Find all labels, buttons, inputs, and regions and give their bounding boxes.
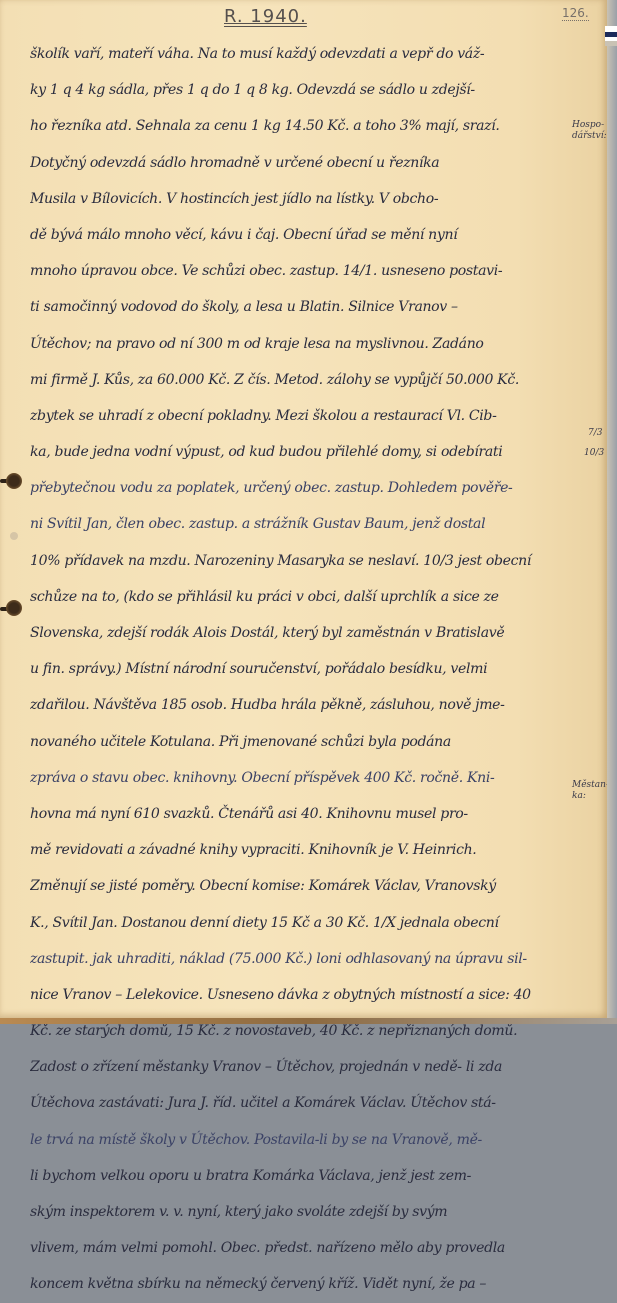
text-line: ka, bude jedna vodní výpust, od kud budo… — [30, 434, 570, 470]
text-line: K., Svítil Jan. Dostanou denní diety 15 … — [30, 905, 570, 941]
paper-stain — [10, 532, 18, 540]
text-line: Útěchov; na pravo od ní 300 m od kraje l… — [30, 326, 570, 362]
binding-hole-upper — [6, 473, 22, 489]
text-line: nice Vranov – Lelekovice. Usneseno dávka… — [30, 977, 570, 1013]
margin-note-mestanka: Městan- ka: — [572, 780, 604, 802]
margin-note-hospodarstvi: Hospo- dářství: — [572, 120, 608, 142]
tab-marker — [605, 26, 617, 46]
text-line: zastupit. jak uhraditi, náklad (75.000 K… — [30, 941, 570, 977]
text-line: ni Svítil Jan, člen obec. zastup. a strá… — [30, 506, 570, 542]
text-line: dě bývá málo mnoho věcí, kávu i čaj. Obe… — [30, 217, 570, 253]
page-edge — [607, 0, 617, 1024]
text-line: zbytek se uhradí z obecní pokladny. Mezi… — [30, 398, 570, 434]
margin-note-date-10-3: 10/3 — [584, 448, 604, 459]
text-line: mě revidovati a závadné knihy vypraciti.… — [30, 832, 570, 868]
year-heading: R. 1940. — [224, 6, 307, 27]
text-line: hovna má nyní 610 svazků. Čtenářů asi 40… — [30, 796, 570, 832]
text-line: ky 1 q 4 kg sádla, přes 1 q do 1 q 8 kg.… — [30, 72, 570, 108]
binding-hole-lower — [6, 600, 22, 616]
text-line: Dotyčný odevzdá sádlo hromadně v určené … — [30, 145, 570, 181]
text-line: Musila v Bílovicích. V hostincích jest j… — [30, 181, 570, 217]
page-bottom-edge — [0, 1018, 617, 1024]
text-line: ti samočinný vodovod do školy, a lesa u … — [30, 289, 570, 325]
text-line: 10% přídavek na mzdu. Narozeniny Masaryk… — [30, 543, 570, 579]
margin-note-date-7-3: 7/3 — [588, 428, 602, 439]
text-line: mnoho úpravou obce. Ve schůzi obec. zast… — [30, 253, 570, 289]
text-line: schůze na to, (kdo se přihlásil ku práci… — [30, 579, 570, 615]
text-line: ho řezníka atd. Sehnala za cenu 1 kg 14.… — [30, 108, 570, 144]
text-line: novaného učitele Kotulana. Při jmenované… — [30, 724, 570, 760]
page-number: 126. — [562, 6, 589, 21]
text-line: zpráva o stavu obec. knihovny. Obecní př… — [30, 760, 570, 796]
handwritten-text-block: školík vaří, mateří váha. Na to musí kaž… — [30, 36, 575, 1024]
text-line: školík vaří, mateří váha. Na to musí kaž… — [30, 36, 570, 72]
text-line: mi firmě J. Kůs, za 60.000 Kč. Z čís. Me… — [30, 362, 570, 398]
text-line: u fin. správy.) Místní národní souručens… — [30, 651, 570, 687]
text-line: Slovenska, zdejší rodák Alois Dostál, kt… — [30, 615, 570, 651]
chronicle-page: R. 1940. 126. školík vaří, mateří váha. … — [0, 0, 607, 1018]
text-line: Změnují se jisté poměry. Obecní komise: … — [30, 868, 570, 904]
text-line: zdařilou. Návštěva 185 osob. Hudba hrála… — [30, 687, 570, 723]
text-line: přebytečnou vodu za poplatek, určený obe… — [30, 470, 570, 506]
